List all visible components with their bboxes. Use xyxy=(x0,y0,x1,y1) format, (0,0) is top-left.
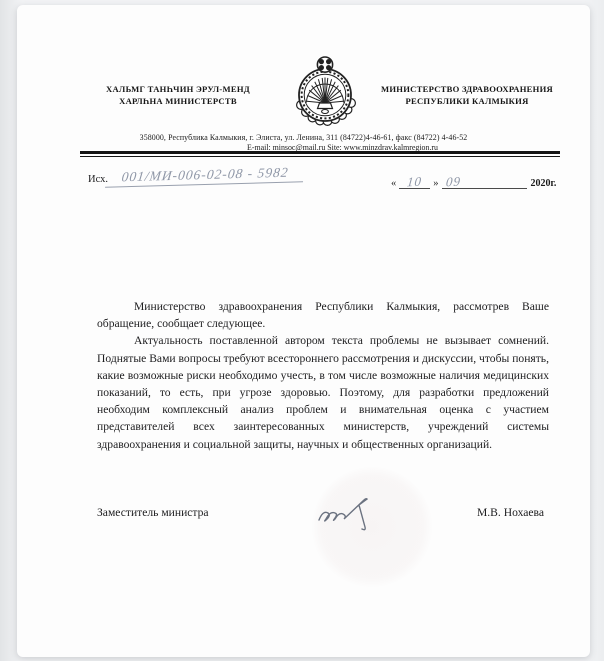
org-name-russian-line1: МИНИСТЕРСТВО ЗДРАВООХРАНЕНИЯ xyxy=(369,84,565,96)
org-name-russian: МИНИСТЕРСТВО ЗДРАВООХРАНЕНИЯ РЕСПУБЛИКИ … xyxy=(369,84,565,107)
scanned-letter-page: ХАЛЬМГ ТАНҺЧИН ЭРУЛ-МЕНД ХАРЛҺНА МИНИСТЕ… xyxy=(17,5,590,657)
date-open-quote: « xyxy=(388,178,399,189)
org-name-kalmyk-line2: ХАРЛҺНА МИНИСТЕРСТВ xyxy=(83,96,273,108)
kalmykia-coat-of-arms-icon xyxy=(293,56,357,132)
signatory-name: М.В. Нохаева xyxy=(477,506,544,519)
date-day-handwritten: 10 xyxy=(407,174,423,191)
address-line: 358000, Республика Калмыкия, г. Элиста, … xyxy=(17,133,590,142)
outgoing-ref-number-handwritten: 001/МИ-006-02-08 - 5982 xyxy=(105,164,305,188)
date-month-blank: 09 xyxy=(442,172,527,189)
date-month-handwritten: 09 xyxy=(445,174,461,191)
date-year-label: 2020г. xyxy=(527,178,557,189)
body-paragraph: Министерство здравоохранения Республики … xyxy=(97,298,549,332)
date-close-quote: » xyxy=(430,178,441,189)
body-paragraph: Актуальность поставленной автором текста… xyxy=(97,332,549,452)
letterhead-separator-rule xyxy=(80,151,560,157)
date-day-blank: 10 xyxy=(399,172,430,189)
letter-body: Министерство здравоохранения Республики … xyxy=(97,298,549,453)
date-field: « 10 » 09 2020г. xyxy=(388,172,556,189)
org-name-kalmyk: ХАЛЬМГ ТАНҺЧИН ЭРУЛ-МЕНД ХАРЛҺНА МИНИСТЕ… xyxy=(83,84,273,107)
org-name-kalmyk-line1: ХАЛЬМГ ТАНҺЧИН ЭРУЛ-МЕНД xyxy=(83,84,273,96)
signature-scrawl-icon xyxy=(317,492,379,534)
signatory-title: Заместитель министра xyxy=(97,506,209,519)
org-name-russian-line2: РЕСПУБЛИКИ КАЛМЫКИЯ xyxy=(369,96,565,108)
